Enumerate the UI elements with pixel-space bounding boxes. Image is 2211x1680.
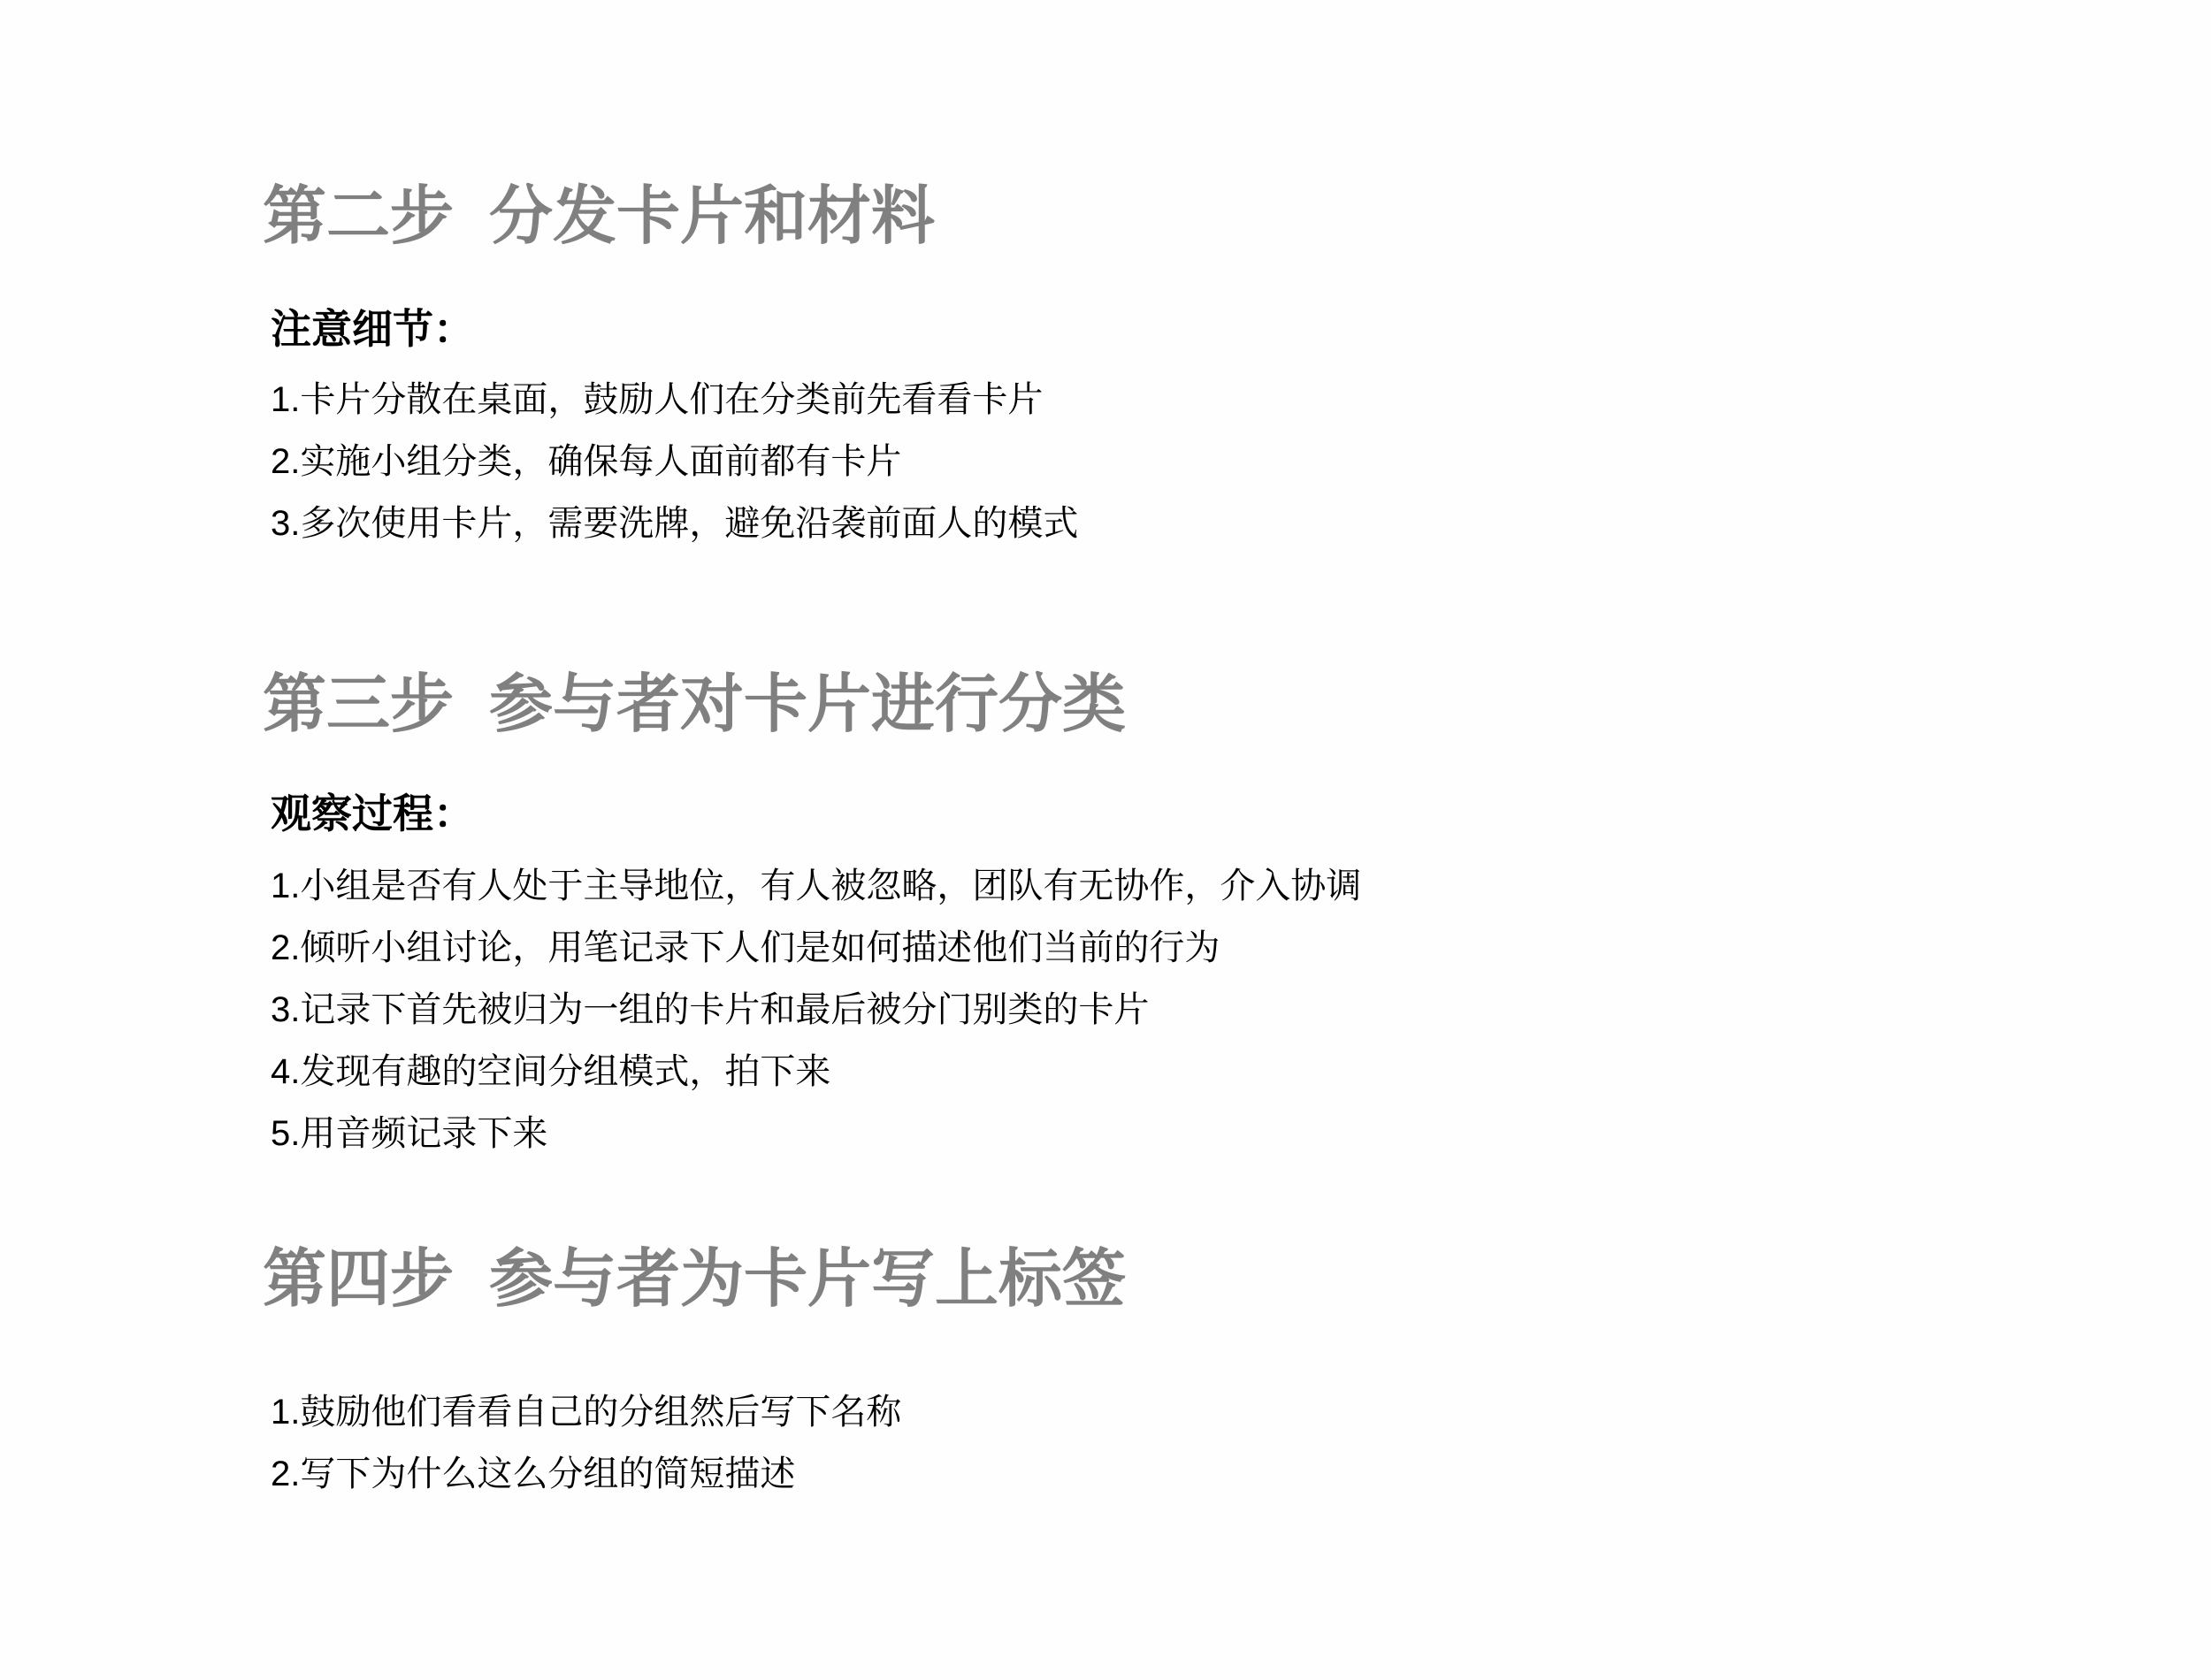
list-item: 1.卡片分散在桌面，鼓励人们在分类前先看看卡片 bbox=[271, 369, 1078, 431]
list-item: 3.记录下首先被归为一组的卡片和最后被分门别类的卡片 bbox=[271, 979, 1361, 1041]
list-item: 1.鼓励他们看看自己的分组然后写下名称 bbox=[271, 1381, 901, 1443]
step-3-subheading: 观察过程： bbox=[271, 793, 474, 834]
list-item: 1.小组是否有人处于主导地位，有人被忽略，团队有无协作，介入协调 bbox=[271, 855, 1361, 917]
step-4-heading: 第四步 参与者为卡片写上标签 bbox=[263, 1248, 1126, 1311]
list-item: 2.实施小组分类，确保每人面前都有卡片 bbox=[271, 431, 1078, 493]
list-item: 2.写下为什么这么分组的简短描述 bbox=[271, 1443, 901, 1505]
step-3-heading: 第三步 参与者对卡片进行分类 bbox=[263, 673, 1126, 737]
step-2-subheading: 注意细节： bbox=[271, 309, 474, 349]
list-item: 5.用音频记录下来 bbox=[271, 1103, 1361, 1165]
step-2-item-list: 1.卡片分散在桌面，鼓励人们在分类前先看看卡片 2.实施小组分类，确保每人面前都… bbox=[271, 369, 1078, 554]
list-item: 4.发现有趣的空间分组模式，拍下来 bbox=[271, 1041, 1361, 1103]
step-3-item-list: 1.小组是否有人处于主导地位，有人被忽略，团队有无协作，介入协调 2.倾听小组讨… bbox=[271, 855, 1361, 1165]
step-4-item-list: 1.鼓励他们看看自己的分组然后写下名称 2.写下为什么这么分组的简短描述 bbox=[271, 1381, 901, 1505]
list-item: 2.倾听小组讨论，用笔记录下人们是如何描述他们当前的行为 bbox=[271, 917, 1361, 979]
list-item: 3.多次使用卡片，需要洗牌，避免沿袭前面人的模式 bbox=[271, 493, 1078, 554]
step-2-heading: 第二步 分发卡片和材料 bbox=[263, 185, 935, 248]
